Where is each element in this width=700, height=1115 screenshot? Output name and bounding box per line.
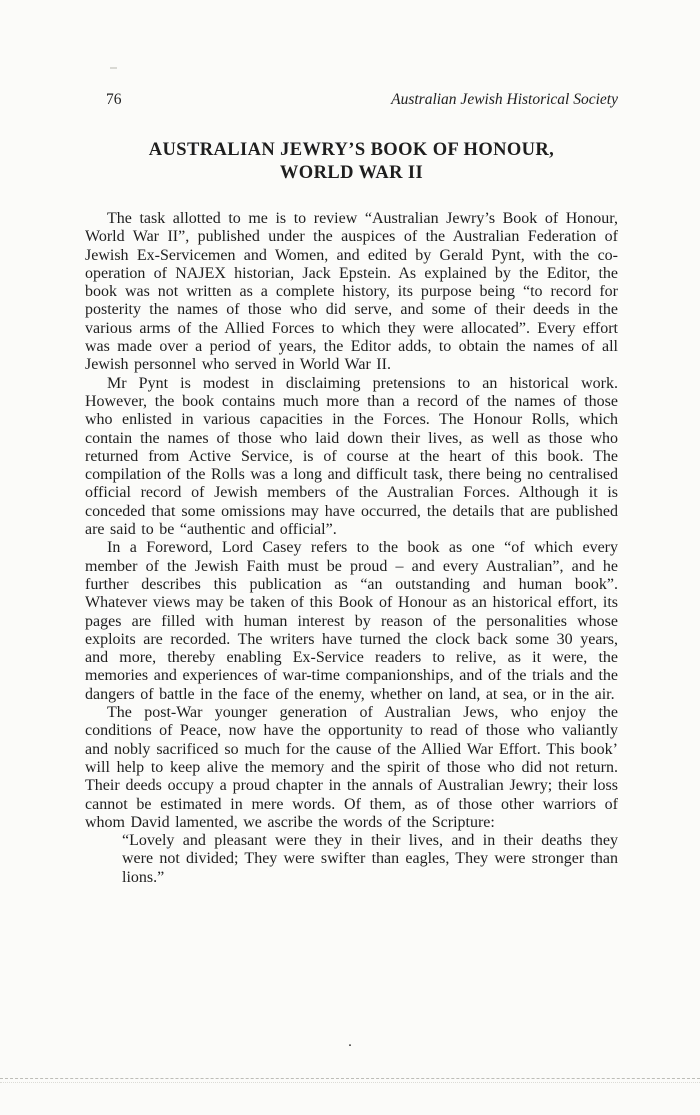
page-number: 76 [106,91,122,109]
paragraph-4: The post-War younger generation of Austr… [85,704,618,832]
paragraph-3: In a Foreword, Lord Casey refers to the … [85,539,618,704]
page-header: 76 Australian Jewish Historical Society [106,91,618,109]
scripture-quote: “Lovely and pleasant were they in their … [122,832,618,887]
paragraph-1: The task allotted to me is to review “Au… [85,210,618,375]
article-title: AUSTRALIAN JEWRY’S BOOK OF HONOUR, WORLD… [85,139,618,184]
article-body: The task allotted to me is to review “Au… [85,210,618,887]
article-title-line1: AUSTRALIAN JEWRY’S BOOK OF HONOUR, [149,140,554,160]
scan-artifact-mark [110,67,117,69]
running-head: Australian Jewish Historical Society [391,91,618,109]
article-title-line2: WORLD WAR II [280,163,423,183]
scan-edge-line-secondary [0,1082,700,1083]
paragraph-2: Mr Pynt is modest in disclaiming pretens… [85,375,618,540]
footer-mark: . [0,1034,700,1050]
scan-edge-line [0,1078,700,1079]
scanned-document-page: 76 Australian Jewish Historical Society … [0,0,700,1115]
